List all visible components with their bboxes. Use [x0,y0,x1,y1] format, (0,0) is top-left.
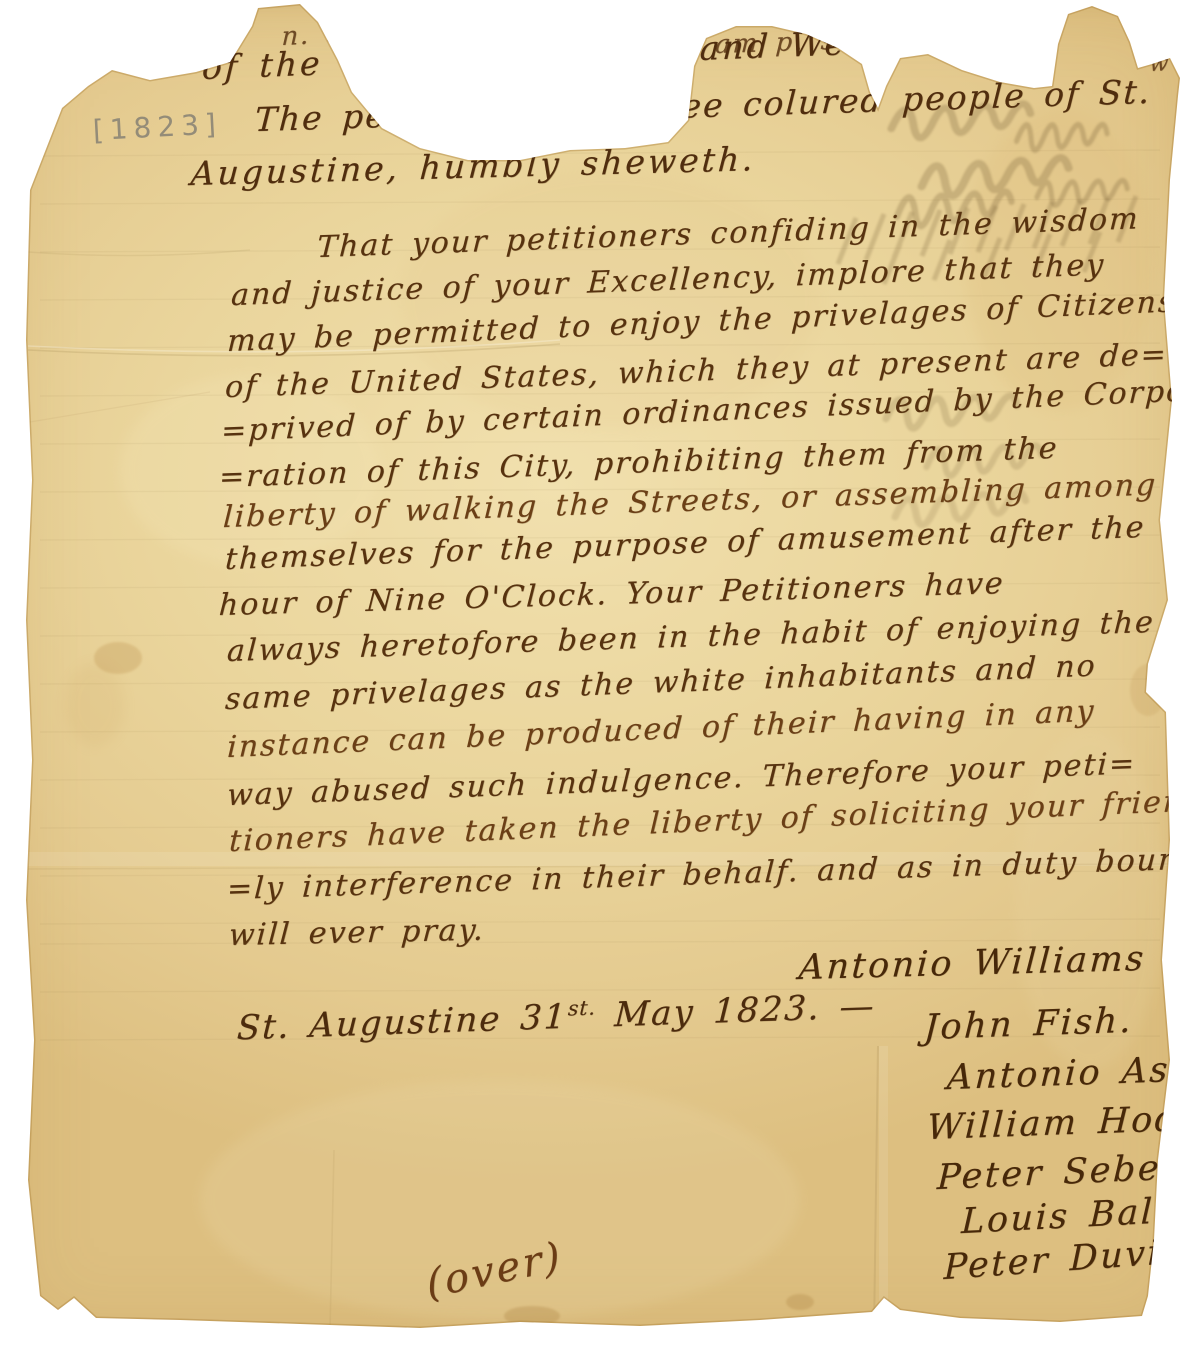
body-line: will ever pray. [228,913,487,953]
pencil-year-annotation: [1823] [92,107,223,147]
date-ordinal-superscript: st. [567,995,596,1020]
manuscript-paper: [1823] n. a am p. s w of the Territory o… [0,0,1200,1346]
signature: John Fish. [923,1001,1134,1048]
document-scan: [1823] n. a am p. s w of the Territory o… [0,0,1200,1346]
